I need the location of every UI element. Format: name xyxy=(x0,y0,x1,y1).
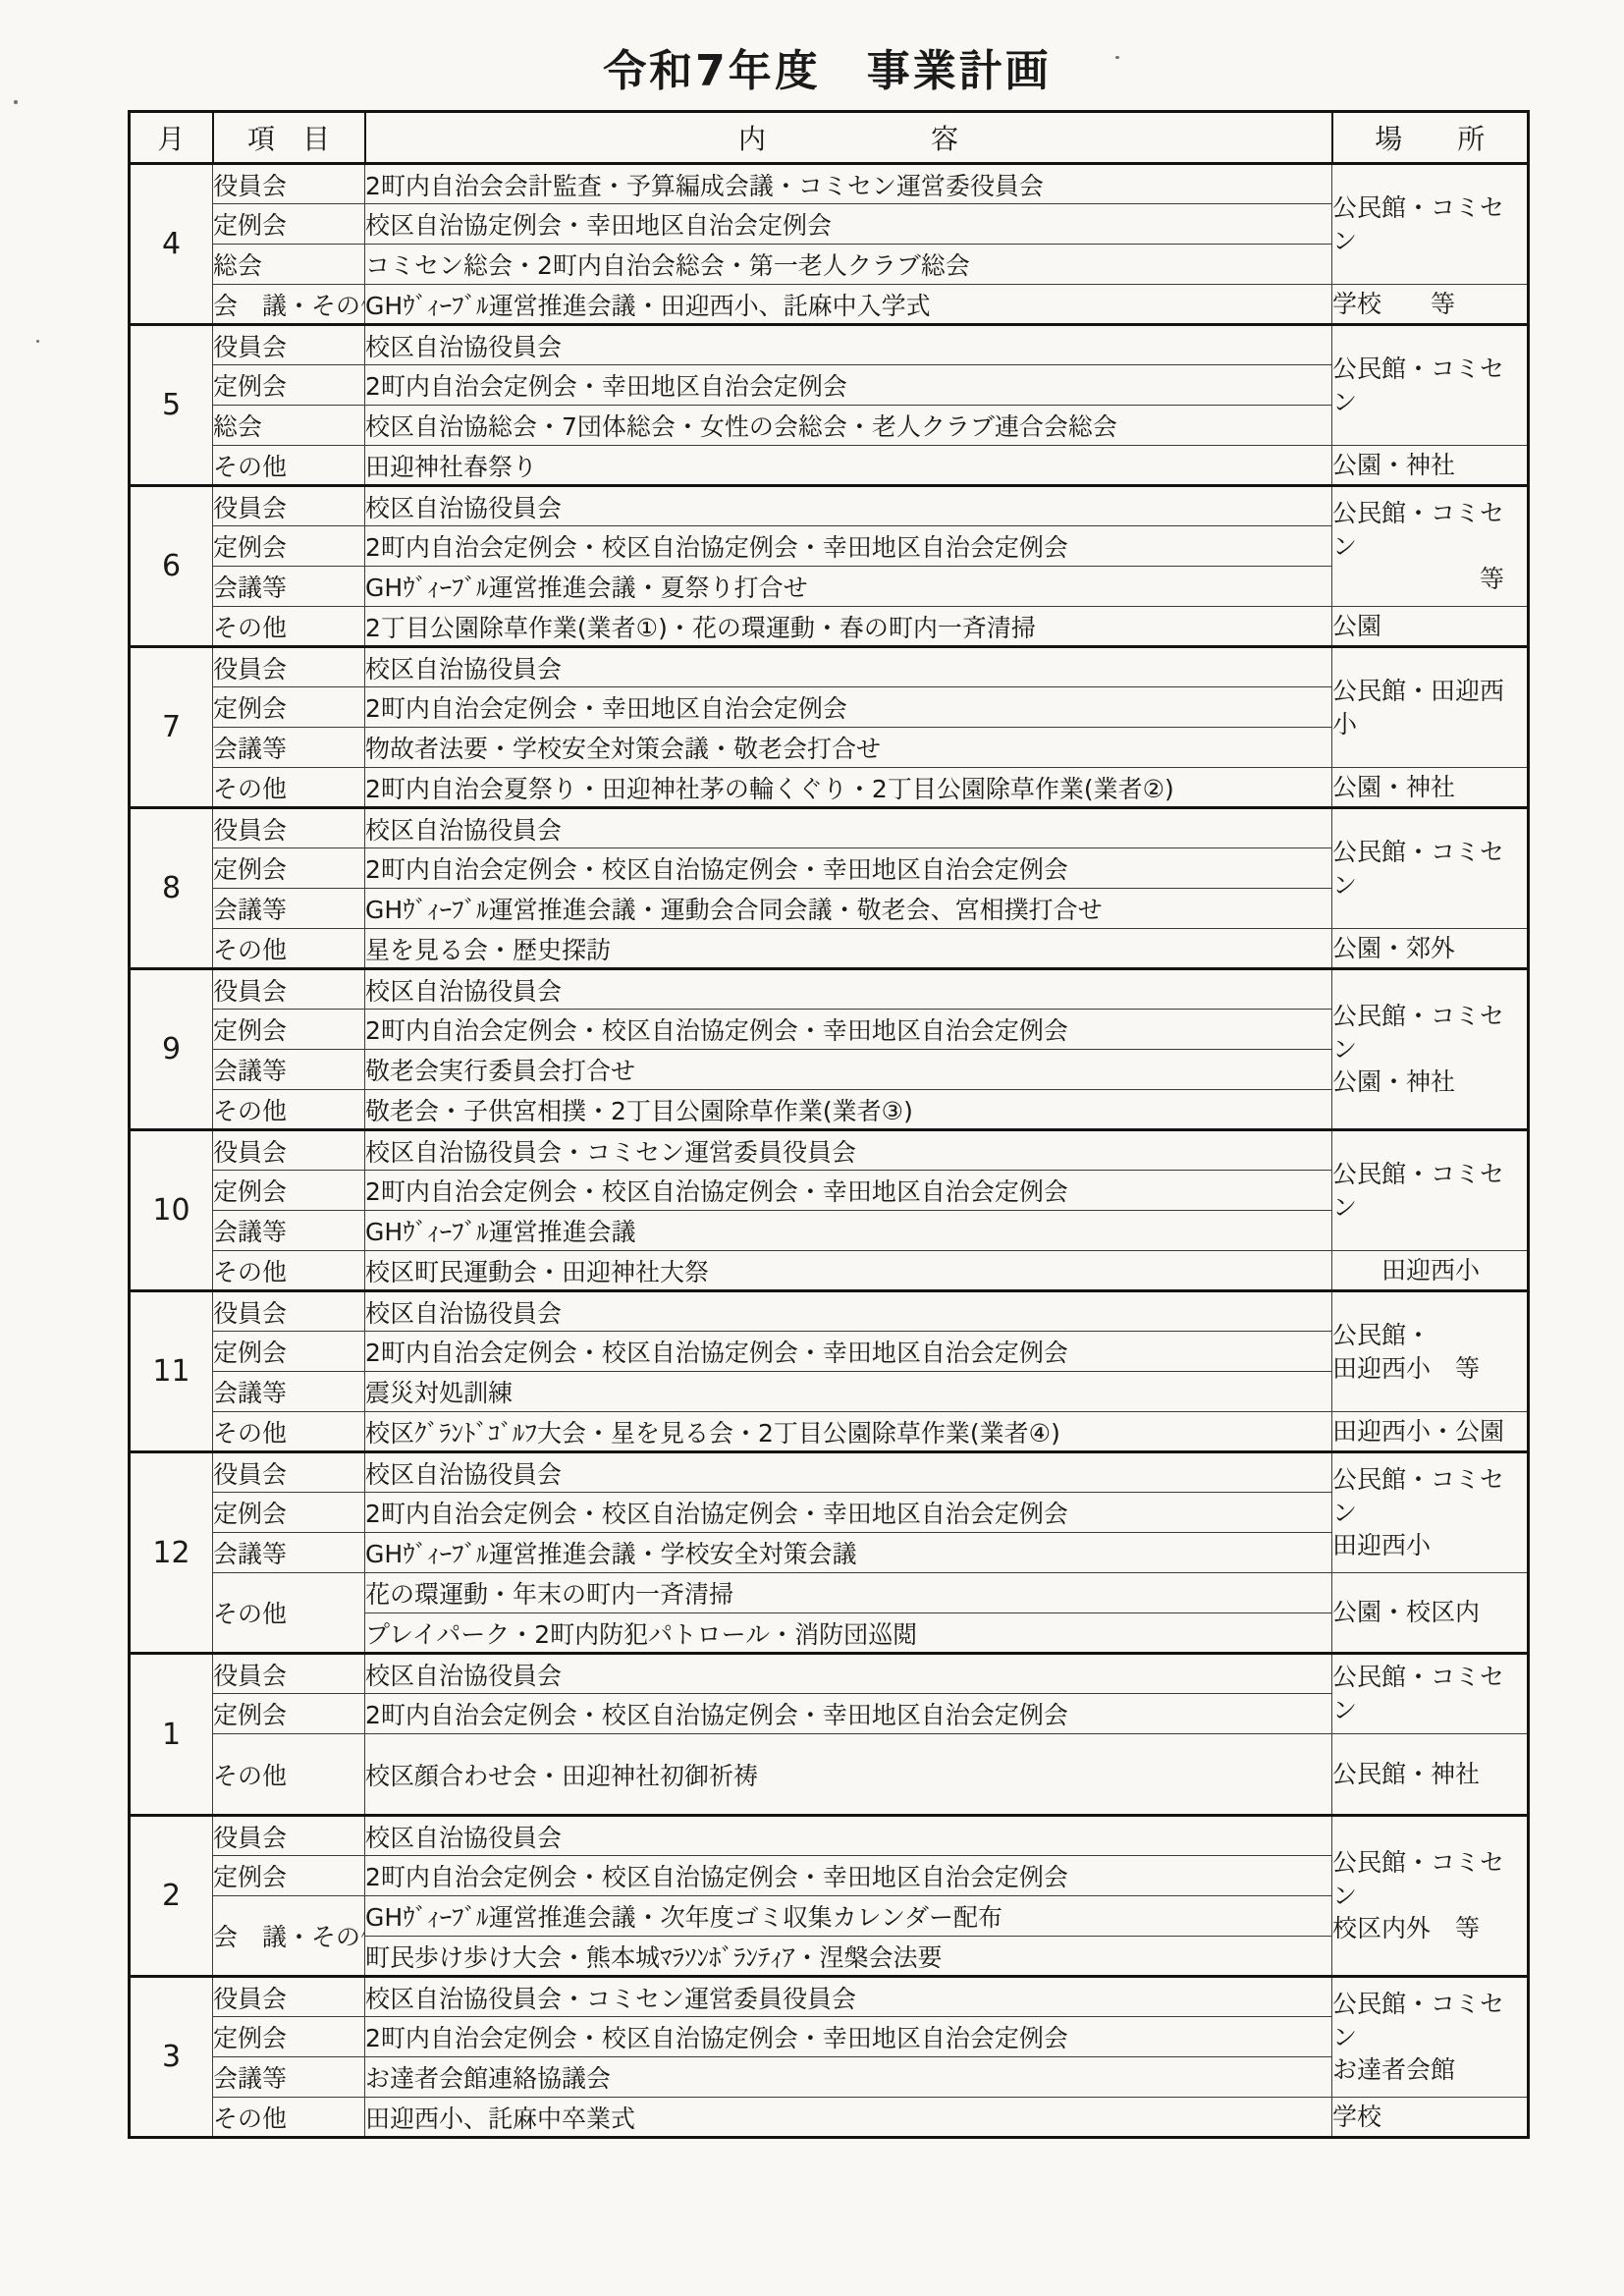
month-block: 4役員会2町内自治会会計監査・予算編成会議・コミセン運営委役員会公民館・コミセン… xyxy=(130,164,1529,325)
schedule-row: 7役員会校区自治協役員会公民館・田迎西小 xyxy=(130,647,1529,687)
item-cell: 会議等 xyxy=(213,1372,365,1412)
table-header: 月 項 目 内 容 場 所 xyxy=(130,112,1529,164)
place-cell: 田迎西小 xyxy=(1332,1251,1529,1291)
item-cell: 会議等 xyxy=(213,2057,365,2098)
content-cell: 花の環運動・年末の町内一斉清掃 xyxy=(365,1573,1332,1613)
content-cell: 2町内自治会会計監査・予算編成会議・コミセン運営委役員会 xyxy=(365,164,1332,204)
item-cell: 会議等 xyxy=(213,567,365,607)
content-cell: 震災対処訓練 xyxy=(365,1372,1332,1412)
item-cell: その他 xyxy=(213,1573,365,1654)
month-block: 5役員会校区自治協役員会公民館・コミセン定例会2町内自治会定例会・幸田地区自治会… xyxy=(130,325,1529,486)
item-cell: 役員会 xyxy=(213,1291,365,1332)
month-block: 8役員会校区自治協役員会公民館・コミセン定例会2町内自治会定例会・校区自治協定例… xyxy=(130,808,1529,969)
month-block: 7役員会校区自治協役員会公民館・田迎西小定例会2町内自治会定例会・幸田地区自治会… xyxy=(130,647,1529,808)
content-cell: 2町内自治会定例会・校区自治協定例会・幸田地区自治会定例会 xyxy=(365,526,1332,567)
content-cell: 2町内自治会定例会・校区自治協定例会・幸田地区自治会定例会 xyxy=(365,1694,1332,1734)
item-cell: 定例会 xyxy=(213,1694,365,1734)
content-cell: 校区自治協役員会 xyxy=(365,808,1332,848)
schedule-row: その他校区ｸﾞﾗﾝﾄﾞｺﾞﾙﾌ大会・星を見る会・2丁目公園除草作業(業者④)田迎… xyxy=(130,1412,1529,1452)
month-cell: 11 xyxy=(130,1291,213,1452)
month-cell: 10 xyxy=(130,1130,213,1291)
schedule-row: 定例会2町内自治会定例会・幸田地区自治会定例会 xyxy=(130,365,1529,406)
schedule-row: 定例会2町内自治会定例会・校区自治協定例会・幸田地区自治会定例会 xyxy=(130,1856,1529,1896)
month-cell: 4 xyxy=(130,164,213,325)
scan-speck xyxy=(14,100,18,104)
header-content: 内 容 xyxy=(365,112,1332,164)
month-cell: 1 xyxy=(130,1654,213,1816)
content-cell: 2町内自治会定例会・校区自治協定例会・幸田地区自治会定例会 xyxy=(365,2017,1332,2057)
place-cell: 公民館・コミセン xyxy=(1332,1130,1529,1251)
schedule-row: 定例会2町内自治会定例会・校区自治協定例会・幸田地区自治会定例会 xyxy=(130,1010,1529,1050)
schedule-row: その他校区顔合わせ会・田迎神社初御祈祷公民館・神社 xyxy=(130,1734,1529,1816)
place-cell: 公民館・コミセン xyxy=(1332,164,1529,285)
item-cell: 役員会 xyxy=(213,1130,365,1171)
item-cell: 会議等 xyxy=(213,1533,365,1573)
content-cell: 2町内自治会定例会・幸田地区自治会定例会 xyxy=(365,687,1332,728)
schedule-row: 3役員会校区自治協役員会・コミセン運営委員役員会公民館・コミセン お達者会館 xyxy=(130,1977,1529,2017)
item-cell: 役員会 xyxy=(213,1452,365,1493)
item-cell: 定例会 xyxy=(213,1332,365,1372)
content-cell: 2町内自治会夏祭り・田迎神社茅の輪くぐり・2丁目公園除草作業(業者②) xyxy=(365,768,1332,808)
month-block: 12役員会校区自治協役員会公民館・コミセン 田迎西小定例会2町内自治会定例会・校… xyxy=(130,1452,1529,1654)
place-cell: 公民館・神社 xyxy=(1332,1734,1529,1816)
schedule-row: 定例会2町内自治会定例会・校区自治協定例会・幸田地区自治会定例会 xyxy=(130,1694,1529,1734)
item-cell: 定例会 xyxy=(213,1493,365,1533)
content-cell: 校区自治協役員会・コミセン運営委員役員会 xyxy=(365,1977,1332,2017)
item-cell: 会 議・その他 xyxy=(213,285,365,325)
item-cell: 会議等 xyxy=(213,889,365,929)
item-cell: 会 議・その他 xyxy=(213,1896,365,1977)
place-cell: 田迎西小・公園 xyxy=(1332,1412,1529,1452)
content-cell: 田迎神社春祭り xyxy=(365,446,1332,486)
content-cell: 校区自治協役員会 xyxy=(365,969,1332,1010)
item-cell: その他 xyxy=(213,1412,365,1452)
item-cell: 定例会 xyxy=(213,204,365,245)
content-cell: 校区自治協役員会 xyxy=(365,1452,1332,1493)
content-cell: GHｳﾞｨｰﾌﾞﾙ運営推進会議 xyxy=(365,1211,1332,1251)
schedule-row: 会議等物故者法要・学校安全対策会議・敬老会打合せ xyxy=(130,728,1529,768)
schedule-row: 会議等震災対処訓練 xyxy=(130,1372,1529,1412)
place-cell: 公園 xyxy=(1332,607,1529,647)
schedule-row: 定例会2町内自治会定例会・幸田地区自治会定例会 xyxy=(130,687,1529,728)
item-cell: 役員会 xyxy=(213,969,365,1010)
content-cell: 校区自治協総会・7団体総会・女性の会総会・老人クラブ連合会総会 xyxy=(365,406,1332,446)
schedule-row: 定例会2町内自治会定例会・校区自治協定例会・幸田地区自治会定例会 xyxy=(130,1493,1529,1533)
item-cell: 役員会 xyxy=(213,1977,365,2017)
content-cell: GHｳﾞｨｰﾌﾞﾙ運営推進会議・次年度ゴミ収集カレンダー配布 xyxy=(365,1896,1332,1937)
item-cell: その他 xyxy=(213,2098,365,2138)
schedule-row: 1役員会校区自治協役員会公民館・コミセン xyxy=(130,1654,1529,1694)
content-cell: 校区自治協役員会・コミセン運営委員役員会 xyxy=(365,1130,1332,1171)
content-cell: 2町内自治会定例会・校区自治協定例会・幸田地区自治会定例会 xyxy=(365,1332,1332,1372)
schedule-row: 定例会2町内自治会定例会・校区自治協定例会・幸田地区自治会定例会 xyxy=(130,526,1529,567)
place-cell: 公民館・コミセン xyxy=(1332,808,1529,929)
item-cell: 役員会 xyxy=(213,486,365,526)
content-cell: 校区自治協役員会 xyxy=(365,1816,1332,1856)
item-cell: 定例会 xyxy=(213,848,365,889)
scan-speck xyxy=(1115,56,1119,59)
item-cell: その他 xyxy=(213,1090,365,1130)
schedule-row: その他2町内自治会夏祭り・田迎神社茅の輪くぐり・2丁目公園除草作業(業者②)公園… xyxy=(130,768,1529,808)
schedule-row: 会 議・その他GHｳﾞｨｰﾌﾞﾙ運営推進会議・次年度ゴミ収集カレンダー配布 xyxy=(130,1896,1529,1937)
item-cell: 定例会 xyxy=(213,2017,365,2057)
schedule-row: 会議等敬老会実行委員会打合せ xyxy=(130,1050,1529,1090)
schedule-row: 会議等お達者会館連絡協議会 xyxy=(130,2057,1529,2098)
month-block: 6役員会校区自治協役員会公民館・コミセン 等定例会2町内自治会定例会・校区自治協… xyxy=(130,486,1529,647)
schedule-row: 定例会2町内自治会定例会・校区自治協定例会・幸田地区自治会定例会 xyxy=(130,1171,1529,1211)
content-cell: GHｳﾞｨｰﾌﾞﾙ運営推進会議・田迎西小、託麻中入学式 xyxy=(365,285,1332,325)
content-cell: GHｳﾞｨｰﾌﾞﾙ運営推進会議・運動会合同会議・敬老会、宮相撲打合せ xyxy=(365,889,1332,929)
schedule-row: その他校区町民運動会・田迎神社大祭 田迎西小 xyxy=(130,1251,1529,1291)
content-cell: 校区自治協役員会 xyxy=(365,486,1332,526)
schedule-row: 8役員会校区自治協役員会公民館・コミセン xyxy=(130,808,1529,848)
schedule-row: 2役員会校区自治協役員会公民館・コミセン 校区内外 等 xyxy=(130,1816,1529,1856)
item-cell: 会議等 xyxy=(213,728,365,768)
item-cell: 役員会 xyxy=(213,164,365,204)
content-cell: 田迎西小、託麻中卒業式 xyxy=(365,2098,1332,2138)
month-cell: 2 xyxy=(130,1816,213,1977)
place-cell: 学校 等 xyxy=(1332,285,1529,325)
month-cell: 8 xyxy=(130,808,213,969)
schedule-row: その他田迎神社春祭り公園・神社 xyxy=(130,446,1529,486)
item-cell: 定例会 xyxy=(213,526,365,567)
month-cell: 7 xyxy=(130,647,213,808)
place-cell: 学校 xyxy=(1332,2098,1529,2138)
header-row: 月 項 目 内 容 場 所 xyxy=(130,112,1529,164)
schedule-row: 11役員会校区自治協役員会公民館・ 田迎西小 等 xyxy=(130,1291,1529,1332)
month-cell: 12 xyxy=(130,1452,213,1654)
item-cell: 役員会 xyxy=(213,808,365,848)
item-cell: 役員会 xyxy=(213,1654,365,1694)
content-cell: 校区自治協役員会 xyxy=(365,647,1332,687)
place-cell: 公園・郊外 xyxy=(1332,929,1529,969)
content-cell: 校区自治協役員会 xyxy=(365,1291,1332,1332)
schedule-row: 定例会2町内自治会定例会・校区自治協定例会・幸田地区自治会定例会 xyxy=(130,848,1529,889)
place-cell: 公民館・田迎西小 xyxy=(1332,647,1529,768)
header-place: 場 所 xyxy=(1332,112,1529,164)
place-cell: 公園・神社 xyxy=(1332,446,1529,486)
item-cell: その他 xyxy=(213,1734,365,1816)
header-month: 月 xyxy=(130,112,213,164)
item-cell: 定例会 xyxy=(213,365,365,406)
schedule-row: 会議等GHｳﾞｨｰﾌﾞﾙ運営推進会議・運動会合同会議・敬老会、宮相撲打合せ xyxy=(130,889,1529,929)
month-block: 2役員会校区自治協役員会公民館・コミセン 校区内外 等定例会2町内自治会定例会・… xyxy=(130,1816,1529,1977)
schedule-row: 12役員会校区自治協役員会公民館・コミセン 田迎西小 xyxy=(130,1452,1529,1493)
place-cell: 公民館・コミセン 田迎西小 xyxy=(1332,1452,1529,1573)
schedule-row: 定例会2町内自治会定例会・校区自治協定例会・幸田地区自治会定例会 xyxy=(130,2017,1529,2057)
content-cell: 2町内自治会定例会・校区自治協定例会・幸田地区自治会定例会 xyxy=(365,1010,1332,1050)
item-cell: その他 xyxy=(213,768,365,808)
month-cell: 9 xyxy=(130,969,213,1130)
schedule-row: 会議等GHｳﾞｨｰﾌﾞﾙ運営推進会議・夏祭り打合せ xyxy=(130,567,1529,607)
month-block: 1役員会校区自治協役員会公民館・コミセン定例会2町内自治会定例会・校区自治協定例… xyxy=(130,1654,1529,1816)
content-cell: 星を見る会・歴史探訪 xyxy=(365,929,1332,969)
item-cell: 定例会 xyxy=(213,1171,365,1211)
schedule-row: 総会コミセン総会・2町内自治会総会・第一老人クラブ総会 xyxy=(130,245,1529,285)
place-cell: 公民館・コミセン 校区内外 等 xyxy=(1332,1816,1529,1977)
content-cell: 物故者法要・学校安全対策会議・敬老会打合せ xyxy=(365,728,1332,768)
content-cell: 2町内自治会定例会・校区自治協定例会・幸田地区自治会定例会 xyxy=(365,1493,1332,1533)
schedule-row: 10役員会校区自治協役員会・コミセン運営委員役員会公民館・コミセン xyxy=(130,1130,1529,1171)
item-cell: その他 xyxy=(213,607,365,647)
header-item: 項 目 xyxy=(213,112,365,164)
content-cell: GHｳﾞｨｰﾌﾞﾙ運営推進会議・学校安全対策会議 xyxy=(365,1533,1332,1573)
item-cell: その他 xyxy=(213,929,365,969)
item-cell: 役員会 xyxy=(213,325,365,365)
annual-plan-table: 月 項 目 内 容 場 所 4役員会2町内自治会会計監査・予算編成会議・コミセン… xyxy=(128,110,1530,2139)
item-cell: 役員会 xyxy=(213,1816,365,1856)
item-cell: 総会 xyxy=(213,245,365,285)
place-cell: 公民館・コミセン xyxy=(1332,325,1529,446)
content-cell: お達者会館連絡協議会 xyxy=(365,2057,1332,2098)
content-cell: 校区自治協定例会・幸田地区自治会定例会 xyxy=(365,204,1332,245)
item-cell: 定例会 xyxy=(213,687,365,728)
scan-speck xyxy=(36,340,39,343)
schedule-row: 9役員会校区自治協役員会公民館・コミセン 公園・神社 xyxy=(130,969,1529,1010)
schedule-row: 会 議・その他GHｳﾞｨｰﾌﾞﾙ運営推進会議・田迎西小、託麻中入学式学校 等 xyxy=(130,285,1529,325)
schedule-row: その他敬老会・子供宮相撲・2丁目公園除草作業(業者③) xyxy=(130,1090,1529,1130)
content-cell: コミセン総会・2町内自治会総会・第一老人クラブ総会 xyxy=(365,245,1332,285)
schedule-row: 会議等GHｳﾞｨｰﾌﾞﾙ運営推進会議 xyxy=(130,1211,1529,1251)
content-cell: 校区自治協役員会 xyxy=(365,1654,1332,1694)
content-cell: 2町内自治会定例会・校区自治協定例会・幸田地区自治会定例会 xyxy=(365,848,1332,889)
content-cell: 町民歩け歩け大会・熊本城ﾏﾗｿﾝﾎﾞﾗﾝﾃｨｱ・涅槃会法要 xyxy=(365,1937,1332,1977)
item-cell: 会議等 xyxy=(213,1211,365,1251)
month-cell: 6 xyxy=(130,486,213,647)
month-block: 3役員会校区自治協役員会・コミセン運営委員役員会公民館・コミセン お達者会館定例… xyxy=(130,1977,1529,2138)
month-cell: 3 xyxy=(130,1977,213,2138)
content-cell: GHｳﾞｨｰﾌﾞﾙ運営推進会議・夏祭り打合せ xyxy=(365,567,1332,607)
schedule-row: 5役員会校区自治協役員会公民館・コミセン xyxy=(130,325,1529,365)
place-cell: 公園・校区内 xyxy=(1332,1573,1529,1654)
schedule-row: 定例会2町内自治会定例会・校区自治協定例会・幸田地区自治会定例会 xyxy=(130,1332,1529,1372)
schedule-row: 定例会校区自治協定例会・幸田地区自治会定例会 xyxy=(130,204,1529,245)
content-cell: 2町内自治会定例会・幸田地区自治会定例会 xyxy=(365,365,1332,406)
schedule-row: その他花の環運動・年末の町内一斉清掃公園・校区内 xyxy=(130,1573,1529,1613)
place-cell: 公民館・コミセン xyxy=(1332,1654,1529,1734)
content-cell: プレイパーク・2町内防犯パトロール・消防団巡閲 xyxy=(365,1613,1332,1654)
schedule-row: 6役員会校区自治協役員会公民館・コミセン 等 xyxy=(130,486,1529,526)
content-cell: 敬老会実行委員会打合せ xyxy=(365,1050,1332,1090)
place-cell: 公民館・コミセン 等 xyxy=(1332,486,1529,607)
schedule-row: 会議等GHｳﾞｨｰﾌﾞﾙ運営推進会議・学校安全対策会議 xyxy=(130,1533,1529,1573)
content-cell: 校区町民運動会・田迎神社大祭 xyxy=(365,1251,1332,1291)
schedule-row: その他2丁目公園除草作業(業者①)・花の環運動・春の町内一斉清掃公園 xyxy=(130,607,1529,647)
month-block: 11役員会校区自治協役員会公民館・ 田迎西小 等定例会2町内自治会定例会・校区自… xyxy=(130,1291,1529,1452)
page-title: 令和7年度 事業計画 xyxy=(128,35,1527,98)
schedule-row: その他田迎西小、託麻中卒業式学校 xyxy=(130,2098,1529,2138)
content-cell: 校区顔合わせ会・田迎神社初御祈祷 xyxy=(365,1734,1332,1816)
content-cell: 2町内自治会定例会・校区自治協定例会・幸田地区自治会定例会 xyxy=(365,1171,1332,1211)
content-cell: 校区ｸﾞﾗﾝﾄﾞｺﾞﾙﾌ大会・星を見る会・2丁目公園除草作業(業者④) xyxy=(365,1412,1332,1452)
item-cell: 会議等 xyxy=(213,1050,365,1090)
item-cell: 定例会 xyxy=(213,1010,365,1050)
item-cell: その他 xyxy=(213,446,365,486)
month-cell: 5 xyxy=(130,325,213,486)
content-cell: 校区自治協役員会 xyxy=(365,325,1332,365)
content-cell: 2丁目公園除草作業(業者①)・花の環運動・春の町内一斉清掃 xyxy=(365,607,1332,647)
schedule-row: その他星を見る会・歴史探訪公園・郊外 xyxy=(130,929,1529,969)
place-cell: 公園・神社 xyxy=(1332,768,1529,808)
content-cell: 2町内自治会定例会・校区自治協定例会・幸田地区自治会定例会 xyxy=(365,1856,1332,1896)
place-cell: 公民館・ 田迎西小 等 xyxy=(1332,1291,1529,1412)
content-cell: 敬老会・子供宮相撲・2丁目公園除草作業(業者③) xyxy=(365,1090,1332,1130)
place-cell: 公民館・コミセン お達者会館 xyxy=(1332,1977,1529,2098)
schedule-row: 4役員会2町内自治会会計監査・予算編成会議・コミセン運営委役員会公民館・コミセン xyxy=(130,164,1529,204)
item-cell: 定例会 xyxy=(213,1856,365,1896)
item-cell: その他 xyxy=(213,1251,365,1291)
item-cell: 役員会 xyxy=(213,647,365,687)
schedule-row: 総会校区自治協総会・7団体総会・女性の会総会・老人クラブ連合会総会 xyxy=(130,406,1529,446)
month-block: 10役員会校区自治協役員会・コミセン運営委員役員会公民館・コミセン定例会2町内自… xyxy=(130,1130,1529,1291)
item-cell: 総会 xyxy=(213,406,365,446)
month-block: 9役員会校区自治協役員会公民館・コミセン 公園・神社定例会2町内自治会定例会・校… xyxy=(130,969,1529,1130)
place-cell: 公民館・コミセン 公園・神社 xyxy=(1332,969,1529,1130)
